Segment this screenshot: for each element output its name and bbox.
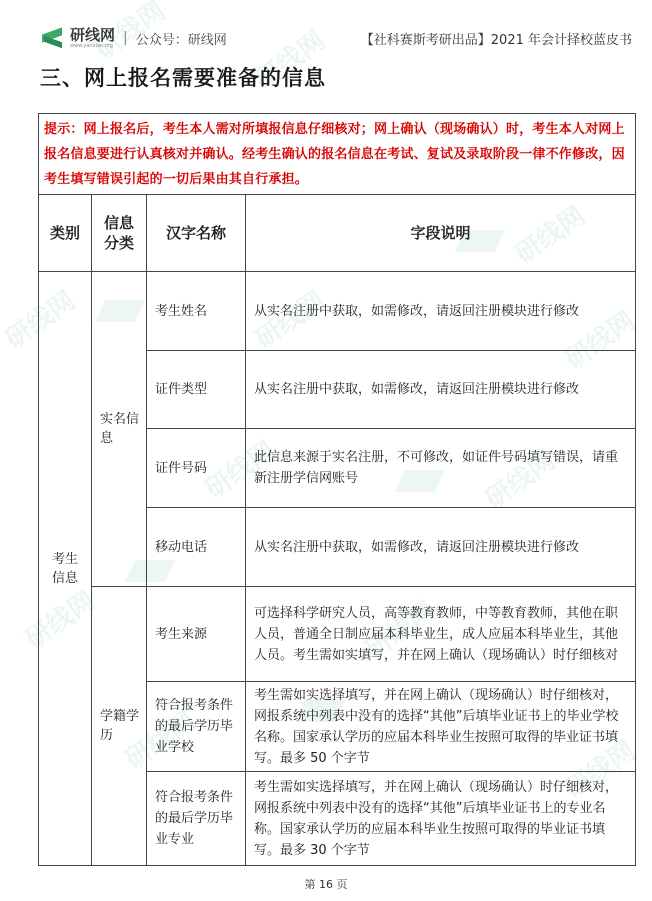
col-header-field-desc: 字段说明 bbox=[246, 195, 636, 272]
header-book-title: 【社科赛斯考研出品】2021 年会计择校蓝皮书 bbox=[361, 29, 632, 48]
notice-text: 提示：网上报名后，考生本人需对所填报信息仔细核对；网上确认（现场确认）时，考生本… bbox=[39, 114, 636, 195]
field-desc: 从实名注册中获取，如需修改，请返回注册模块进行修改 bbox=[246, 508, 636, 587]
group-cell-education: 学籍学历 bbox=[92, 587, 147, 866]
notice-row: 提示：网上报名后，考生本人需对所填报信息仔细核对；网上确认（现场确认）时，考生本… bbox=[39, 114, 636, 195]
table-row: 考生信息 实名信息 考生姓名 从实名注册中获取，如需修改，请返回注册模块进行修改 bbox=[39, 272, 636, 351]
registration-info-table: 提示：网上报名后，考生本人需对所填报信息仔细核对；网上确认（现场确认）时，考生本… bbox=[38, 113, 636, 866]
field-desc: 从实名注册中获取，如需修改，请返回注册模块进行修改 bbox=[246, 351, 636, 429]
field-name: 考生来源 bbox=[147, 587, 246, 682]
field-desc: 从实名注册中获取，如需修改，请返回注册模块进行修改 bbox=[246, 272, 636, 351]
field-desc: 此信息来源于实名注册，不可修改，如证件号码填写错误，请重新注册学信网账号 bbox=[246, 429, 636, 508]
col-header-category: 类别 bbox=[39, 195, 92, 272]
page-title: 三、网上报名需要准备的信息 bbox=[40, 62, 326, 92]
logo-name: 研线网 bbox=[70, 28, 115, 43]
header-account: 公众号：研线网 bbox=[136, 29, 227, 48]
header-separator: | bbox=[123, 30, 128, 46]
brand-logo: 研线网 www.yanxian.org bbox=[40, 28, 115, 49]
table-row: 学籍学历 考生来源 可选择科学研究人员，高等教育教师，中等教育教师，其他在职人员… bbox=[39, 587, 636, 682]
field-name: 证件号码 bbox=[147, 429, 246, 508]
field-desc: 考生需如实选择填写，并在网上确认（现场确认）时仔细核对，网报系统中列表中没有的选… bbox=[246, 682, 636, 772]
logo-icon bbox=[40, 29, 66, 47]
category-cell: 考生信息 bbox=[39, 272, 92, 866]
col-header-chinese-name: 汉字名称 bbox=[147, 195, 246, 272]
col-header-info-class: 信息分类 bbox=[92, 195, 147, 272]
logo-url: www.yanxian.org bbox=[70, 44, 115, 49]
field-name: 证件类型 bbox=[147, 351, 246, 429]
table-header-row: 类别 信息分类 汉字名称 字段说明 bbox=[39, 195, 636, 272]
page-header: 研线网 www.yanxian.org | 公众号：研线网 【社科赛斯考研出品】… bbox=[40, 26, 632, 50]
group-cell-realname: 实名信息 bbox=[92, 272, 147, 587]
field-name: 符合报考条件的最后学历毕业学校 bbox=[147, 682, 246, 772]
page-number: 第 16 页 bbox=[0, 876, 652, 892]
field-desc: 可选择科学研究人员，高等教育教师，中等教育教师，其他在职人员，普通全日制应届本科… bbox=[246, 587, 636, 682]
field-name: 符合报考条件的最后学历毕业专业 bbox=[147, 772, 246, 866]
field-name: 考生姓名 bbox=[147, 272, 246, 351]
field-name: 移动电话 bbox=[147, 508, 246, 587]
field-desc: 考生需如实选择填写，并在网上确认（现场确认）时仔细核对，网报系统中列表中没有的选… bbox=[246, 772, 636, 866]
